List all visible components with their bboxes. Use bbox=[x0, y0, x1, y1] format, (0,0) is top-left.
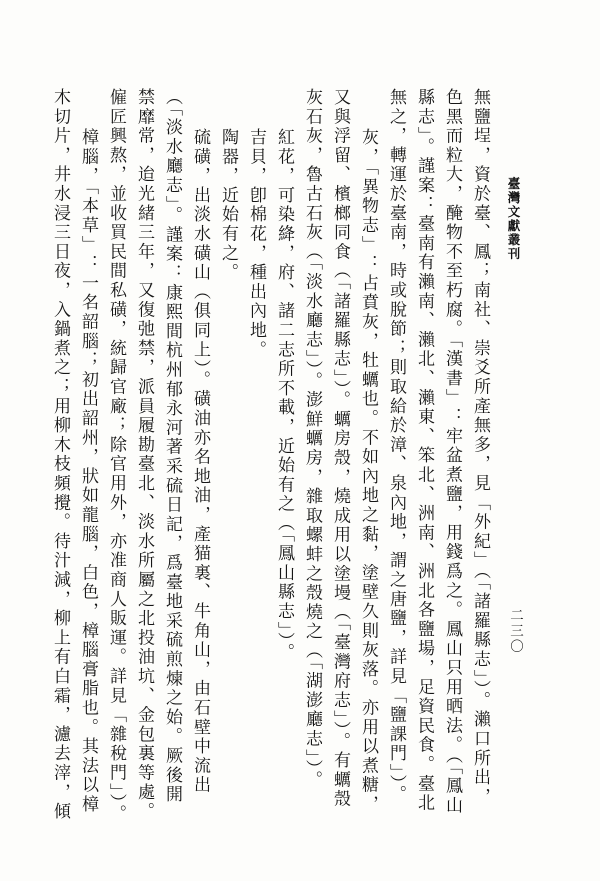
page-number: 二三〇 bbox=[505, 608, 525, 655]
text-column: 縣志」。謹案：臺南有瀨南、瀨北、瀨東、笨北、洲南、洲北各鹽場，足資民食。臺北 bbox=[410, 88, 438, 881]
text-column: 僱匠興熬，並收買民間私磺，統歸官廠；除官用外，亦准商人販運。詳見「雜稅門」）。 bbox=[102, 88, 130, 881]
series-title: 臺灣文獻叢刊 bbox=[504, 177, 522, 261]
text-column: 無鹽埕，資於臺、鳳；南社、崇爻所產無多，見「外紀」（「諸羅縣志」）。瀨口所出， bbox=[466, 88, 494, 881]
text-column-entry-pottery: 陶器，近始有之。 bbox=[214, 88, 242, 881]
text-column-entry-lime: 灰，「異物志」：占賁灰，牡蠣也。不如內地之黏，塗壁久則灰落。亦用以煮糖， bbox=[354, 88, 382, 881]
text-column-entry-safflower: 紅花，可染絳，府、諸二志所不載，近始有之（「鳳山縣志」）。 bbox=[270, 88, 298, 881]
text-column: 灰石灰，魯古石灰（「淡水廳志」）。澎鮮蠣房，雜取螺蚌之殼燒之（「湖澎廳志」）。 bbox=[298, 88, 326, 881]
text-column: 木切片，井水浸三日夜，入鍋煮之；用柳木枝頻攪。待汁減，柳上有白霜，濾去滓，傾 bbox=[46, 88, 74, 881]
text-column: 禁靡常，迨光緒三年，又復弛禁，派員履勘臺北、淡水所屬之北投油坑、金包裏等處。 bbox=[130, 88, 158, 881]
text-column: 又與浮留、檳榔同食（「諸羅縣志」）。蠣房殼，燒成用以塗墁（「臺灣府志」）。有蠣殼 bbox=[326, 88, 354, 881]
text-column-entry-cotton: 吉貝，卽棉花，種出內地。 bbox=[242, 88, 270, 881]
text-column: 色黑而粒大，醃物不至朽腐。「漢書」：牢盆煮鹽，用錢爲之。鳳山只用晒法。（「鳳山 bbox=[438, 88, 466, 881]
text-column-entry-camphor: 樟腦，「本草」：一名韶腦；初出韶州，狀如龍腦，白色，樟腦膏脂也。其法以樟 bbox=[74, 88, 102, 881]
text-column: 無之，轉運於臺南，時或脫節；則取給於漳、泉內地，謂之唐鹽，詳見「鹽課門」）。 bbox=[382, 88, 410, 881]
text-block: 無鹽埕，資於臺、鳳；南社、崇爻所產無多，見「外紀」（「諸羅縣志」）。瀨口所出， … bbox=[46, 88, 494, 881]
scanned-book-page: 臺灣文獻叢刊 二三〇 無鹽埕，資於臺、鳳；南社、崇爻所產無多，見「外紀」（「諸羅… bbox=[0, 0, 600, 881]
text-column-entry-sulfur: 硫磺，出淡水磺山（俱同上）。磺油亦名地油，產猫裏、牛角山，由石壁中流出 bbox=[186, 88, 214, 881]
text-column: （「淡水廳志」。謹案：康熙間杭州郁永河著采硫日記，爲臺地采硫煎煉之始。厥後開 bbox=[158, 88, 186, 881]
